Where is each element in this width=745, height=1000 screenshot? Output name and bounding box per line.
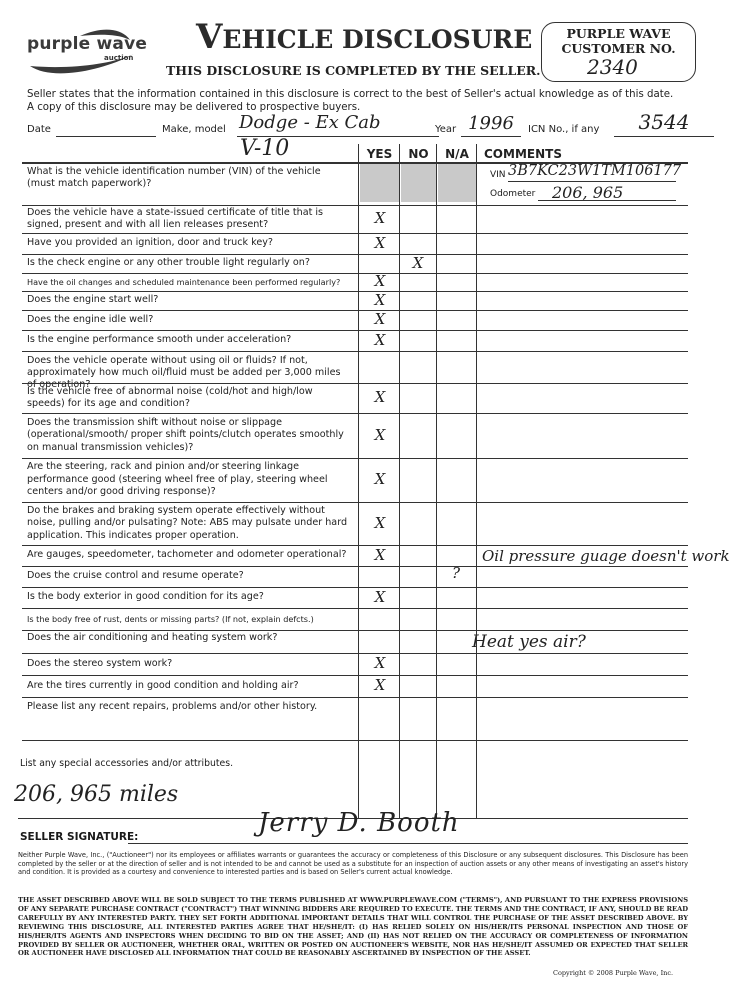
answer-cell-na[interactable] (437, 330, 477, 351)
answer-cell-na[interactable] (437, 205, 477, 233)
row-divider (22, 587, 688, 588)
customer-number-box: PURPLE WAVE CUSTOMER NO. 2340 (541, 22, 696, 82)
question-text: Is the body free of rust, dents or missi… (27, 613, 352, 625)
answer-cell-no[interactable] (400, 205, 437, 233)
question-text: Are gauges, speedometer, tachometer and … (27, 549, 352, 561)
odometer-field[interactable]: Odometer 206, 965 (490, 183, 690, 203)
customer-number-value[interactable]: 2340 (587, 55, 638, 79)
column-divider (476, 144, 477, 818)
answer-cell-na[interactable] (437, 254, 477, 273)
answer-cell-na[interactable] (437, 608, 477, 630)
answer-cell-na[interactable] (437, 310, 477, 330)
row-divider (22, 502, 688, 503)
comment-text[interactable]: Oil pressure guage doesn't work (482, 547, 730, 565)
answer-cell-na[interactable] (437, 233, 477, 254)
check-mark: X (360, 310, 400, 328)
comment-cell[interactable] (478, 413, 688, 458)
comment-cell[interactable] (478, 233, 688, 254)
answer-cell-no[interactable] (400, 566, 437, 587)
row-divider (22, 330, 688, 331)
seller-signature[interactable]: Jerry D. Booth (258, 808, 460, 838)
answer-cell-no[interactable] (400, 458, 437, 502)
answer-cell-na[interactable] (437, 458, 477, 502)
question-text: Does the engine start well? (27, 294, 352, 306)
answer-cell-no[interactable] (400, 162, 437, 205)
check-mark: X (360, 514, 400, 532)
row-divider (22, 630, 688, 631)
answer-cell-na[interactable] (437, 502, 477, 545)
signature-label: SELLER SIGNATURE: (20, 831, 138, 843)
answer-cell-na[interactable] (437, 630, 477, 653)
answer-cell-no[interactable] (400, 383, 437, 413)
row-divider (22, 697, 688, 698)
comment-cell[interactable] (478, 587, 688, 608)
question-text: Is the engine performance smooth under a… (27, 334, 352, 346)
answer-cell-na[interactable] (437, 383, 477, 413)
comment-cell[interactable] (478, 291, 688, 310)
question-text: Are the tires currently in good conditio… (27, 680, 352, 692)
check-mark: X (360, 426, 400, 444)
check-mark: X (360, 546, 400, 564)
page-title: VEHICLE DISCLOSURE (196, 17, 532, 57)
row-divider (22, 291, 688, 292)
question-text: Does the cruise control and resume opera… (27, 570, 352, 582)
date-label: Date (27, 124, 51, 135)
vehicle-fields: Date Make, model Dodge - Ex Cab Year 199… (27, 116, 727, 138)
column-na: N/A (437, 147, 477, 161)
accessories-value[interactable]: 206, 965 miles (14, 782, 178, 807)
vin-value: 3B7KC23W1TM106177 (508, 163, 676, 182)
row-divider (22, 310, 688, 311)
check-mark: X (360, 388, 400, 406)
answer-cell-no[interactable] (400, 675, 437, 697)
header-divider (22, 162, 688, 164)
answer-cell-yes[interactable] (359, 630, 400, 653)
page-subtitle: THIS DISCLOSURE IS COMPLETED BY THE SELL… (166, 63, 541, 78)
icn-label: ICN No., if any (528, 124, 599, 135)
question-text: What is the vehicle identification numbe… (27, 166, 327, 191)
answer-cell-no[interactable] (400, 653, 437, 675)
answer-cell-yes[interactable] (359, 351, 400, 383)
check-mark: X (360, 291, 400, 309)
row-divider (22, 273, 688, 274)
row-divider (22, 566, 688, 567)
check-mark: X (360, 272, 400, 290)
answer-cell-na[interactable] (437, 273, 477, 291)
question-text: Do the brakes and braking system operate… (27, 505, 352, 542)
check-mark: X (360, 234, 400, 252)
comment-cell[interactable] (478, 675, 688, 697)
comment-cell[interactable] (478, 330, 688, 351)
row-divider (22, 545, 688, 546)
answer-cell-na[interactable] (437, 697, 477, 740)
comment-cell[interactable] (478, 502, 688, 545)
check-mark: X (360, 331, 400, 349)
copyright: Copyright © 2008 Purple Wave, Inc. (553, 969, 673, 977)
row-divider (22, 351, 688, 352)
column-divider (399, 144, 400, 818)
row-divider (22, 740, 688, 741)
comment-cell[interactable] (478, 458, 688, 502)
row-divider (22, 608, 688, 609)
answer-cell-na[interactable] (437, 291, 477, 310)
year-label: Year (435, 124, 456, 135)
column-comments: COMMENTS (484, 147, 562, 161)
row-divider (22, 458, 688, 459)
answer-cell-na[interactable] (437, 587, 477, 608)
question-text: Does the air conditioning and heating sy… (27, 632, 352, 644)
comment-cell[interactable] (478, 273, 688, 291)
row-divider (22, 233, 688, 234)
answer-cell-yes[interactable] (359, 254, 400, 273)
question-text: Is the vehicle free of abnormal noise (c… (27, 386, 352, 411)
question-text: Is the check engine or any other trouble… (27, 257, 352, 269)
answer-cell-no[interactable] (400, 330, 437, 351)
row-divider (22, 675, 688, 676)
column-divider (358, 144, 359, 818)
row-divider (22, 254, 688, 255)
question-text: Is the body exterior in good condition f… (27, 591, 352, 603)
logo-text: purple wave (27, 34, 147, 54)
check-mark: X (360, 209, 400, 227)
check-mark: X (360, 676, 400, 694)
comment-cell[interactable] (478, 351, 688, 383)
answer-cell-no[interactable] (400, 310, 437, 330)
odometer-label: Odometer (490, 189, 535, 199)
answer-cell-yes[interactable] (359, 608, 400, 630)
column-divider (436, 144, 437, 818)
logo: purple wave auction (22, 26, 152, 76)
comment-cell[interactable] (478, 310, 688, 330)
question-text: Are the steering, rack and pinion and/or… (27, 461, 352, 498)
row-divider (22, 413, 688, 414)
answer-cell-yes[interactable] (359, 566, 400, 587)
question-text: Have the oil changes and scheduled maint… (27, 276, 352, 288)
answer-cell-no[interactable] (400, 291, 437, 310)
logo-subtext: auction (104, 54, 133, 62)
check-mark: X (360, 588, 400, 606)
legal-terms: THE ASSET DESCRIBED ABOVE WILL BE SOLD S… (18, 896, 688, 958)
row-divider (22, 205, 688, 206)
question-text: Does the engine idle well? (27, 314, 352, 326)
customer-number-label: PURPLE WAVE CUSTOMER NO. (542, 26, 695, 56)
icn-field[interactable]: 3544 (614, 110, 714, 137)
row-divider (22, 383, 688, 384)
disclaimer-text: Neither Purple Wave, Inc., ("Auctioneer"… (18, 851, 688, 877)
answer-cell-na[interactable] (437, 675, 477, 697)
vin-field[interactable]: VIN 3B7KC23W1TM106177 (490, 163, 740, 183)
answer-cell-na[interactable] (437, 162, 477, 205)
question-text: Does the stereo system work? (27, 658, 352, 670)
comment-cell[interactable] (478, 254, 688, 273)
answer-cell-na[interactable] (437, 351, 477, 383)
make-model-label: Make, model (162, 124, 226, 135)
answer-cell-na[interactable] (437, 545, 477, 566)
signature-line (128, 843, 688, 844)
odometer-value: 206, 965 (538, 183, 676, 201)
row-divider (22, 653, 688, 654)
comment-text[interactable]: Heat yes air? (472, 632, 586, 652)
comment-cell[interactable] (478, 205, 688, 233)
check-mark: X (360, 470, 400, 488)
make-model-extra: V-10 (240, 136, 289, 161)
answer-cell-na[interactable] (437, 413, 477, 458)
check-mark: X (398, 254, 438, 272)
answer-cell-no[interactable] (400, 697, 437, 740)
accessories-label: List any special accessories and/or attr… (20, 758, 233, 769)
year-field[interactable]: 1996 (461, 113, 521, 137)
comment-cell[interactable] (478, 608, 688, 630)
check-mark: X (360, 654, 400, 672)
answer-cell-no[interactable] (400, 413, 437, 458)
answer-cell-no[interactable] (400, 545, 437, 566)
answer-cell-yes[interactable] (359, 162, 400, 205)
comment-cell[interactable] (478, 566, 688, 587)
answer-cell-yes[interactable] (359, 697, 400, 740)
question-text: Please list any recent repairs, problems… (27, 701, 352, 713)
comment-cell[interactable] (478, 697, 688, 740)
make-model-field[interactable]: Dodge - Ex Cab (237, 112, 439, 137)
answer-cell-na[interactable] (437, 653, 477, 675)
comment-cell[interactable] (478, 383, 688, 413)
answer-cell-no[interactable] (400, 502, 437, 545)
answer-cell-no[interactable] (400, 351, 437, 383)
column-no: NO (400, 147, 437, 161)
vin-label: VIN (490, 170, 506, 180)
comment-cell[interactable] (478, 653, 688, 675)
answer-cell-no[interactable] (400, 608, 437, 630)
question-text: Does the transmission shift without nois… (27, 417, 352, 454)
answer-cell-no[interactable] (400, 273, 437, 291)
date-field[interactable] (56, 124, 156, 137)
answer-cell-no[interactable] (400, 233, 437, 254)
answer-cell-no[interactable] (400, 587, 437, 608)
question-text: Have you provided an ignition, door and … (27, 237, 352, 249)
column-yes: YES (359, 147, 400, 161)
question-text: Does the vehicle have a state-issued cer… (27, 207, 352, 232)
answer-cell-no[interactable] (400, 630, 437, 653)
